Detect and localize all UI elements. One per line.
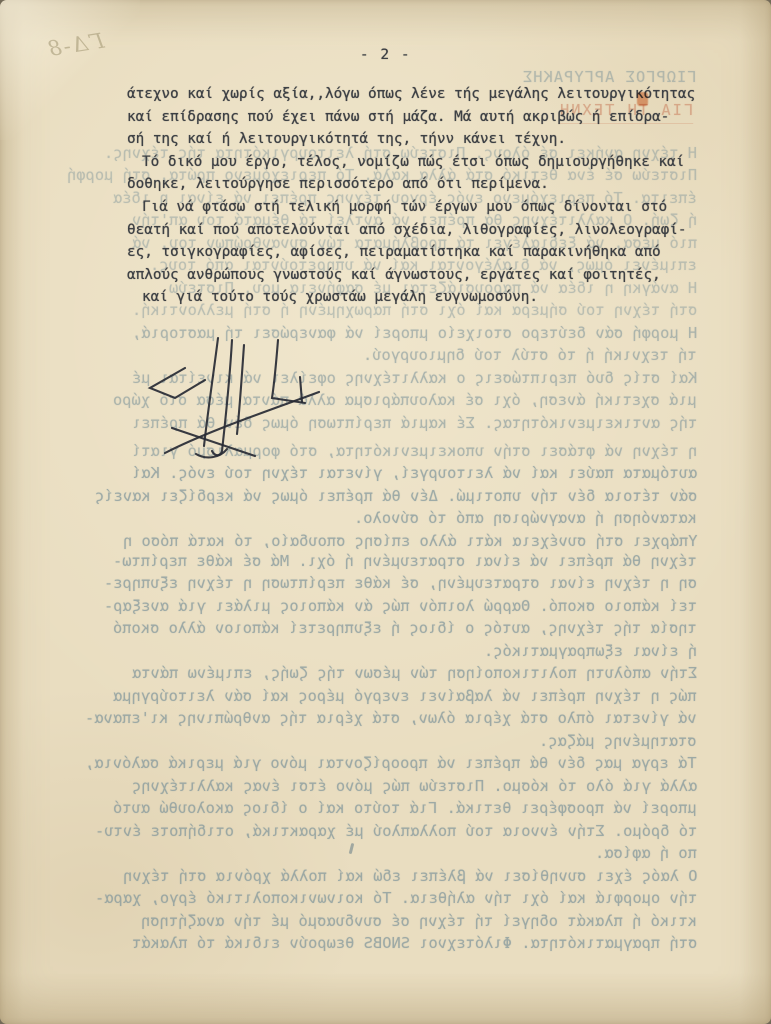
stray-ink-mark — [349, 843, 354, 854]
bleedthrough-line: κατανόηση ή αναγνώριση από τό σύνολο. — [354, 507, 697, 530]
typed-line: Τό δικό μου έργο, τέλος, νομίζω πώς έτσι… — [127, 151, 727, 174]
bleedthrough-line: Υπάρχει στή συνέχεια κάτι άλλο επίσης σπ… — [123, 530, 698, 553]
typed-line: θεατή καί πού αποτελούνται από σχέδια, λ… — [127, 219, 727, 242]
bleedthrough-line: Στήν απόλυτη πολιτικοποίηση τών μέσων τή… — [132, 662, 697, 685]
bleedthrough-line: τέχνη θά πρέπει νά είναι στρατευμένη ή ό… — [113, 550, 697, 573]
typed-line: δοθηκε, λειτούργησε περισσότερο από ότι … — [127, 173, 727, 196]
bleedthrough-line: αυτόματα παύει καί νά λειτουργεί, γίνετα… — [132, 462, 697, 485]
scan-canvas: { "page": { "number_label": "- 2 -" }, "… — [0, 0, 771, 1024]
bleedthrough-line: Τά εργα μας δέν θά πρέπει νά προορίζοντα… — [85, 752, 697, 775]
page-corner-highlight — [0, 0, 140, 140]
typed-line: απλούς ανθρώπους γνωστούς καί άγνωστους,… — [127, 264, 727, 287]
bleedthrough-line: ή είναι εξωπραγματικός. — [484, 640, 697, 663]
bleedthrough-line: τεί κάποιο σκοπό. Θαρρώ λοιπόν πώς άν κά… — [104, 595, 697, 618]
bleedthrough-line: τησία τής τέχνης, αυτός ο ίδιος ή εξυπηρ… — [113, 617, 697, 640]
typed-line: ες, τσιγκογραφίες, αφίσες, πειραματίστηκ… — [127, 241, 727, 264]
red-correction-mark — [637, 92, 648, 106]
bleedthrough-line: Ο λαός έχει συνηθίσει νά βλέπει εδώ καί … — [123, 865, 698, 888]
bleedthrough-line: νά γίνεται όπλο στά χέρια όλων, στά χέρι… — [85, 707, 697, 730]
typed-line: Γιά νά φτάσω στή τελική μορφή τών έργων … — [127, 196, 727, 219]
scanned-letter-page: ΓΔ-8 - 2 - ΓΙΩΡΓΟΣ ΑΡΓΥΡΑΚΗΣ ΓΙΑ ΤΗ ΤΕΧΝ… — [0, 0, 771, 1024]
bleedthrough-line: μπορεί νά προσφέρει θετικά. Γιά τούτο κα… — [113, 797, 697, 820]
bleedthrough-line: στατημένης μάζας. — [539, 730, 697, 753]
typed-line: σή της καί ή λειτουργικότητά της, τήνν κ… — [127, 128, 727, 151]
typed-text-block: άτεχνο καί χωρίς αξία,,λόγω όπως λένε τή… — [127, 83, 727, 309]
bleedthrough-line: κτικό ή πλακάτ οδηγεί τή τέχνη σέ συνδυα… — [141, 910, 697, 933]
typed-line: καί επίδρασης πού έχει πάνω στή μάζα. Μά… — [127, 106, 727, 129]
bleedthrough-line: τό δρόμο. Στήν έννοια τού πολλαπλού μέ χ… — [95, 820, 697, 843]
page-number: - 2 - — [0, 47, 771, 63]
bleedthrough-line: τή τεχνική ή τό στύλ τού δημιουργού. — [363, 344, 697, 367]
bleedthrough-line: ση η τέχνη είναι στρατευμένη, σέ κάθε πε… — [104, 572, 697, 595]
typed-line: καί γιά τούτο τούς χρωστάω μεγάλη ευγνωμ… — [127, 286, 727, 309]
bleedthrough-line: πο ή αφίσα. — [595, 842, 697, 865]
handwritten-signature — [138, 325, 348, 465]
bleedthrough-line: αλλά γιά όλο τό κόσμο. Πιστεύω πώς μόνο … — [132, 775, 697, 798]
bleedthrough-line: στή πραγματικότητα. Φιλότεχνοι SNOBS θεω… — [132, 932, 697, 955]
bleedthrough-line: πώς η τέχνη πρέπει νά λαβαίνει ενεργό μέ… — [113, 685, 697, 708]
bleedthrough-line: τήν ομορφιά καί όχι τήν αλήθεια. Τό κοιν… — [95, 887, 697, 910]
bleedthrough-line: σάν τέτοια δέν τήν υποτιμώ. Δέν θά πρέπε… — [95, 485, 697, 508]
